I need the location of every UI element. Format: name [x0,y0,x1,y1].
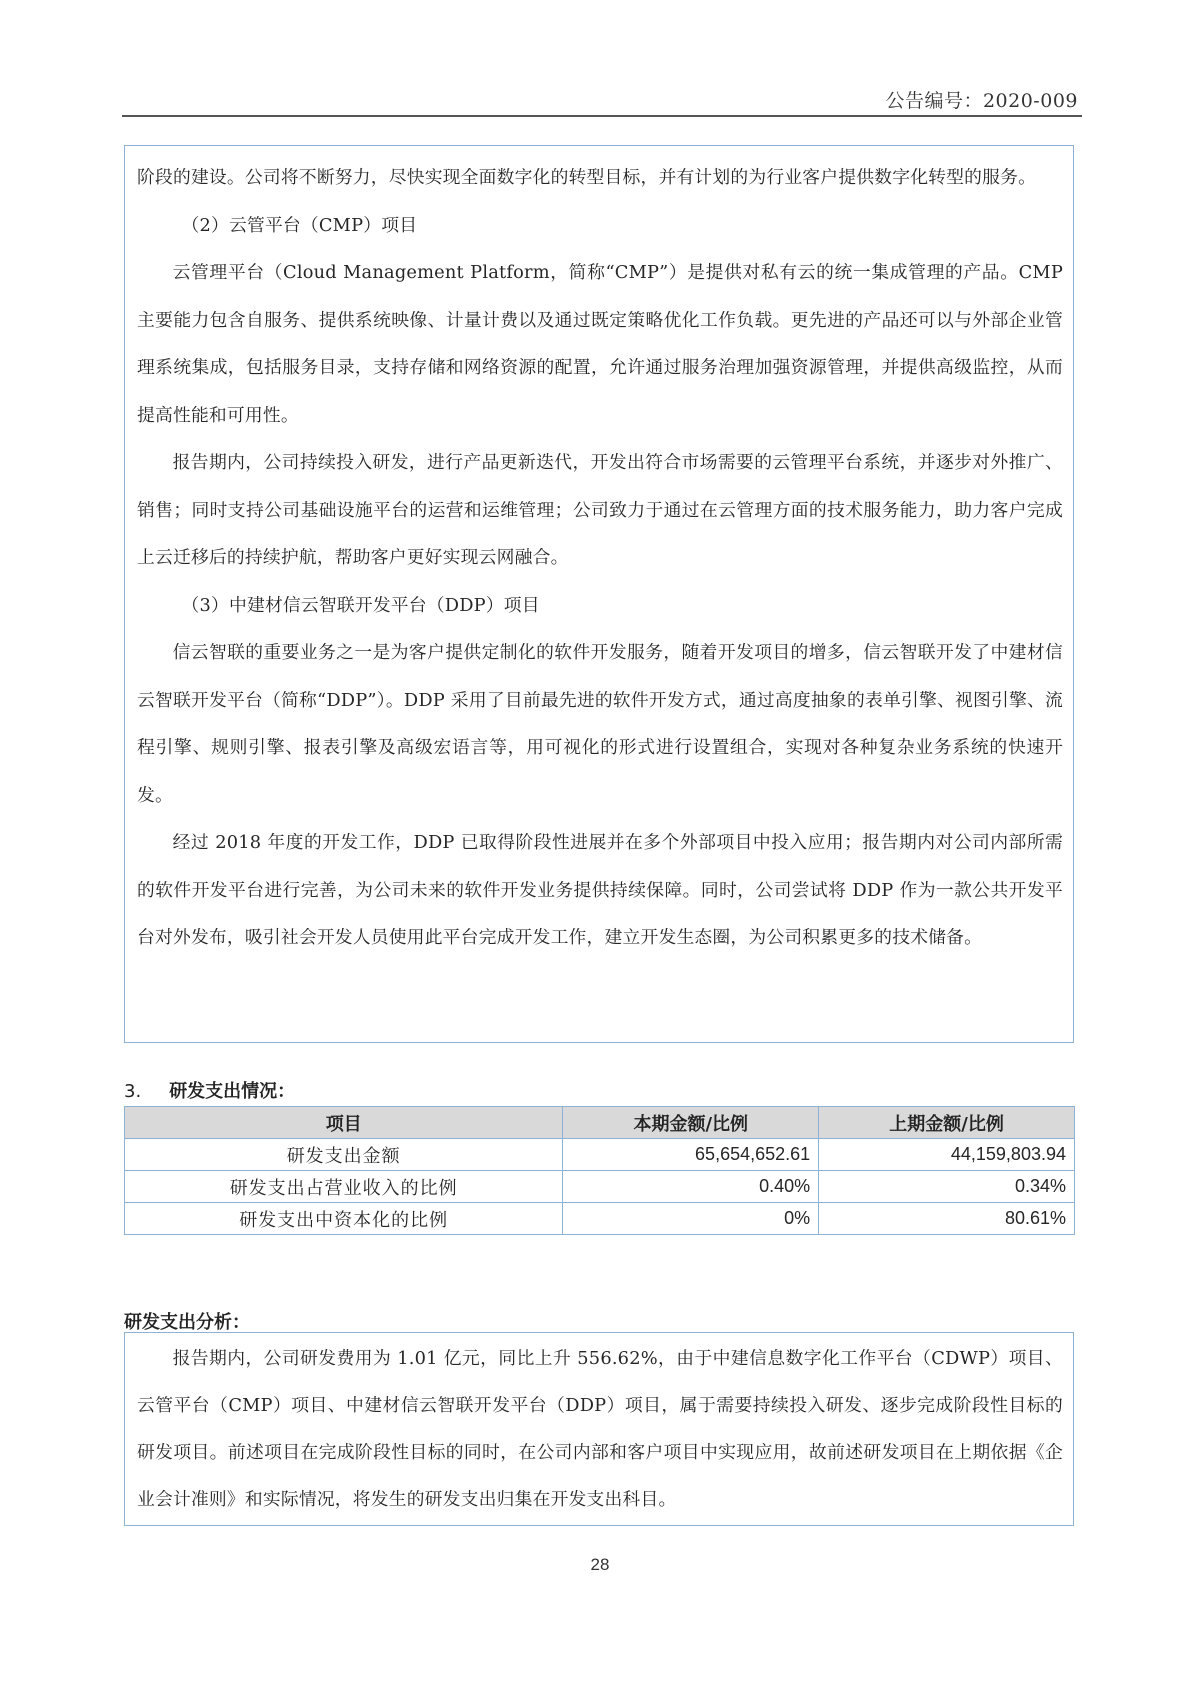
section-title-text: 研发支出情况： [169,1081,295,1102]
subheading-cmp: （2）云管平台（CMP）项目 [137,202,1063,250]
column-header-item: 项目 [125,1107,563,1139]
row-previous-value: 80.61% [819,1203,1075,1235]
column-header-current: 本期金额/比例 [563,1107,819,1139]
table-row: 研发支出金额 65,654,652.61 44,159,803.94 [125,1139,1075,1171]
row-previous-value: 44,159,803.94 [819,1139,1075,1171]
paragraph-cmp-description: 云管理平台（Cloud Management Platform，简称“CMP”）… [137,249,1063,439]
rd-analysis-box: 报告期内，公司研发费用为 1.01 亿元，同比上升 556.62%，由于中建信息… [124,1332,1074,1526]
rd-expense-section-title: 3.研发支出情况： [124,1077,295,1103]
paragraph-ddp-progress: 经过 2018 年度的开发工作，DDP 已取得阶段性进展并在多个外部项目中投入应… [137,819,1063,962]
header-divider [122,115,1082,117]
row-item-label: 研发支出金额 [125,1139,563,1171]
rd-analysis-title: 研发支出分析： [124,1308,250,1334]
row-previous-value: 0.34% [819,1171,1075,1203]
projects-text-box: 阶段的建设。公司将不断努力，尽快实现全面数字化的转型目标，并有计划的为行业客户提… [124,145,1074,1043]
paragraph-continuation: 阶段的建设。公司将不断努力，尽快实现全面数字化的转型目标，并有计划的为行业客户提… [137,154,1063,202]
row-item-label: 研发支出占营业收入的比例 [125,1171,563,1203]
row-current-value: 65,654,652.61 [563,1139,819,1171]
table-header-row: 项目 本期金额/比例 上期金额/比例 [125,1107,1075,1139]
subheading-ddp: （3）中建材信云智联开发平台（DDP）项目 [137,582,1063,630]
table-row: 研发支出占营业收入的比例 0.40% 0.34% [125,1171,1075,1203]
row-current-value: 0.40% [563,1171,819,1203]
row-current-value: 0% [563,1203,819,1235]
page-number: 28 [0,1555,1200,1575]
paragraph-ddp-description: 信云智联的重要业务之一是为客户提供定制化的软件开发服务，随着开发项目的增多，信云… [137,629,1063,819]
paragraph-cmp-progress: 报告期内，公司持续投入研发，进行产品更新迭代，开发出符合市场需要的云管理平台系统… [137,439,1063,582]
table-row: 研发支出中资本化的比例 0% 80.61% [125,1203,1075,1235]
rd-analysis-paragraph: 报告期内，公司研发费用为 1.01 亿元，同比上升 556.62%，由于中建信息… [137,1335,1063,1523]
section-number: 3. [124,1081,141,1102]
rd-expense-table: 项目 本期金额/比例 上期金额/比例 研发支出金额 65,654,652.61 … [124,1106,1075,1235]
column-header-previous: 上期金额/比例 [819,1107,1075,1139]
announcement-number: 公告编号：2020-009 [885,86,1078,113]
row-item-label: 研发支出中资本化的比例 [125,1203,563,1235]
